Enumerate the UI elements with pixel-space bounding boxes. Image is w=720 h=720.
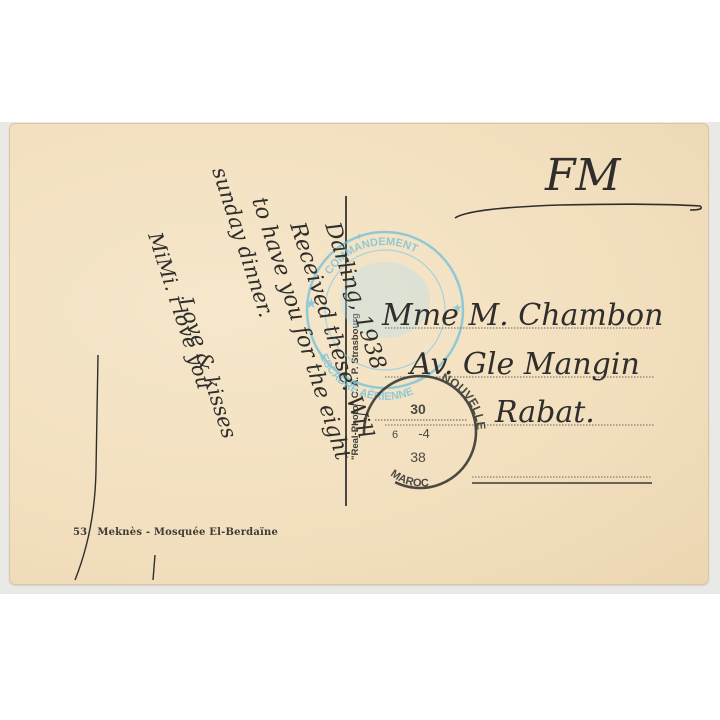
franchise-mark-text: FM [544,150,622,201]
franchise-mark: FM [455,150,701,218]
postmark-ring-bottom: MAROC [388,468,429,490]
handwritten-message: MiMi. i love youLove & kissessunday dinn… [143,164,391,463]
postmark-day: 30 [410,401,426,417]
address-line-2: Av. Gle Mangin [407,347,640,382]
postcard-markings: COMMANDEMENT ESCADRE AÉRIENNE ★ ★ ✦ FM M… [0,0,720,720]
postmark-hour: 6 [392,429,398,441]
address-line-1: Mme M. Chambon [381,298,663,333]
message-line: Love & kisses [173,293,242,442]
pen-stroke [153,555,155,580]
star-icon: ✦ [355,232,363,243]
postmark-month: -4 [418,426,430,441]
pen-stroke [75,355,98,580]
postmark-year: 38 [410,449,426,465]
address-line-3: Rabat. [494,395,595,430]
